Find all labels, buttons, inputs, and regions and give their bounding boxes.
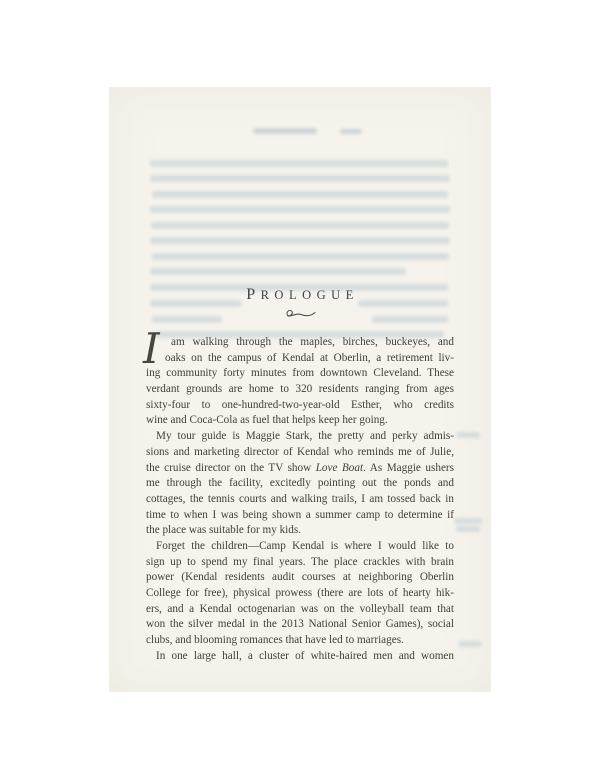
text-line: My tour guide is Maggie Stark, the prett… bbox=[146, 429, 454, 445]
paragraph-4: In one large hall, a cluster of white-ha… bbox=[146, 649, 454, 665]
text-line: power (Kendal residents audit courses at… bbox=[146, 570, 454, 586]
bleedthrough-folio bbox=[340, 129, 362, 134]
bleedthrough-line bbox=[150, 237, 450, 244]
scan-canvas: { "page": { "title": "Prologue", "drop_c… bbox=[0, 0, 600, 775]
text-line: the place was suitable for my kids. bbox=[146, 523, 454, 539]
text-line: sign up to spend my final years. The pla… bbox=[146, 555, 454, 571]
drop-cap: I bbox=[143, 329, 160, 369]
swash-ornament-icon bbox=[282, 307, 318, 321]
text-line: clubs, and blooming romances that have l… bbox=[146, 633, 454, 649]
paragraph-1: I am walking through the maples, birches… bbox=[146, 335, 454, 429]
bleedthrough-line bbox=[150, 175, 450, 182]
text-line: College for free), physical prowess (the… bbox=[146, 586, 454, 602]
text-line: me through the facility, excitedly point… bbox=[146, 476, 454, 492]
page-title: Prologue bbox=[110, 286, 490, 304]
text-line: won the silver medal in the 2013 Nationa… bbox=[146, 617, 454, 633]
bleedthrough-line bbox=[152, 316, 222, 323]
text-line: cottages, the tennis courts and walking … bbox=[146, 492, 454, 508]
paragraph-2: My tour guide is Maggie Stark, the prett… bbox=[146, 429, 454, 539]
bleedthrough-line bbox=[150, 160, 448, 167]
text-line: Forget the children—Camp Kendal is where… bbox=[146, 539, 454, 555]
text-line: In one large hall, a cluster of white-ha… bbox=[146, 649, 454, 665]
text-line: wine and Coca-Cola as fuel that helps ke… bbox=[146, 413, 454, 429]
text-line: oaks on the campus of Kendal at Oberlin,… bbox=[165, 351, 454, 367]
bleedthrough-line bbox=[372, 316, 448, 323]
body-text: I am walking through the maples, birches… bbox=[146, 335, 454, 664]
bleedthrough-line bbox=[151, 222, 449, 229]
paragraph-3: Forget the children—Camp Kendal is where… bbox=[146, 539, 454, 649]
text-line: sixty-four to one-hundred-two-year-old E… bbox=[146, 398, 454, 414]
book-page: Prologue I am walking through the maples… bbox=[110, 88, 490, 691]
text-line: ers, and a Kendal octogenarian was on th… bbox=[146, 602, 454, 618]
text-line: verdant grounds are home to 320 resident… bbox=[146, 382, 454, 398]
bleedthrough-mark bbox=[454, 518, 482, 524]
text-line: sions and marketing director of Kendal w… bbox=[146, 445, 454, 461]
bleedthrough-mark bbox=[456, 432, 480, 438]
bleedthrough-header bbox=[253, 128, 317, 134]
bleedthrough-mark bbox=[456, 526, 480, 532]
bleedthrough-mark bbox=[458, 641, 482, 647]
text-line: ing community forty minutes from downtow… bbox=[146, 366, 454, 382]
bleedthrough-line bbox=[152, 253, 449, 260]
text-line: time to when I was being shown a summer … bbox=[146, 508, 454, 524]
bleedthrough-line bbox=[152, 191, 448, 198]
text-line: am walking through the maples, birches, … bbox=[171, 335, 454, 351]
bleedthrough-line bbox=[150, 206, 450, 213]
bleedthrough-line bbox=[150, 268, 406, 275]
text-line: the cruise director on the TV show Love … bbox=[146, 461, 454, 477]
